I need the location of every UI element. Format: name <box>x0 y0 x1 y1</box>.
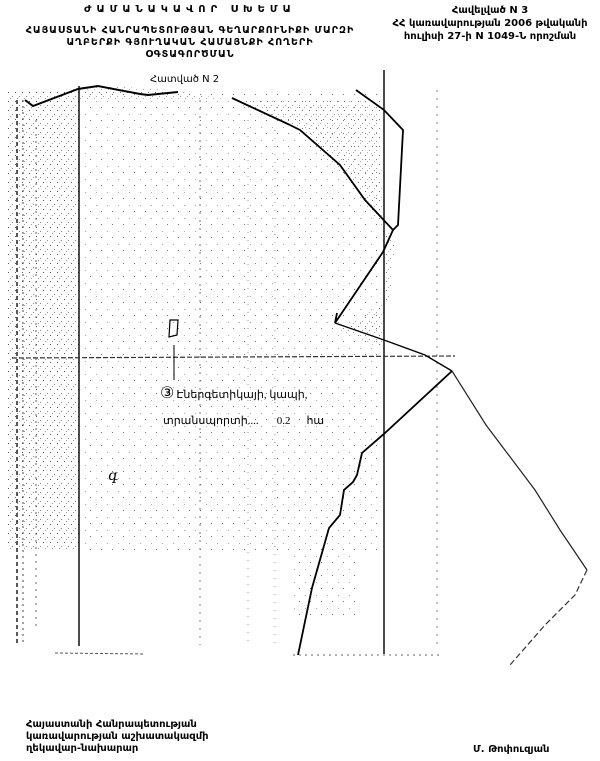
signatory-line: Հայաստանի Հանրապետության <box>26 719 209 731</box>
scan-noise <box>8 90 80 550</box>
parcel-number: ③ <box>160 385 174 402</box>
signatory-line: կառավարության աշխատակազմի <box>26 731 209 743</box>
grid-line <box>55 653 145 654</box>
section-label: Հատված N 2 <box>150 74 219 85</box>
parcel-area-value: 0.2 <box>277 415 291 427</box>
signatory-line: ղեկավար-նախարար <box>26 743 209 755</box>
parcel-area-prefix: տրանսպորտի.... <box>163 415 259 427</box>
boundary-line <box>452 371 587 570</box>
parcel-land-use: Էներգետիկայի, կապի, <box>176 389 307 401</box>
boundary-line <box>510 570 587 665</box>
parcel-label: ③Էներգետիկայի, կապի, <box>160 383 307 403</box>
handwritten-mark: գ <box>108 468 118 484</box>
signatory-name: Մ. Թոփուզյան <box>473 744 549 755</box>
land-map <box>0 0 600 761</box>
signatory-title: Հայաստանի Հանրապետության կառավարության ա… <box>26 719 209 755</box>
parcel-area: տրանսպորտի....0.2հա <box>163 414 324 427</box>
parcel-area-unit: հա <box>306 415 324 427</box>
